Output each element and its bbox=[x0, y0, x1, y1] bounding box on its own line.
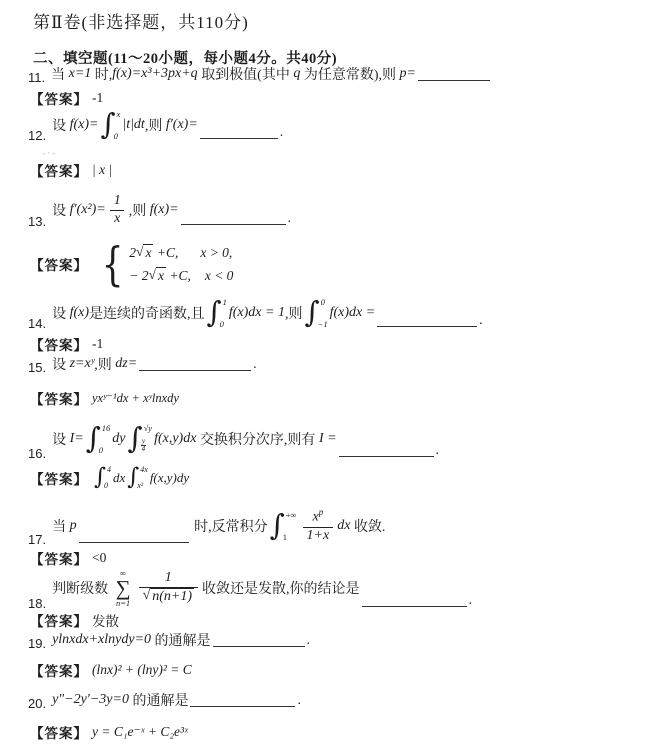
question-number: 16. bbox=[28, 446, 46, 461]
question-text: 当 bbox=[52, 516, 70, 536]
integral-upper: 16 bbox=[102, 424, 111, 433]
integral-upper: x bbox=[117, 110, 121, 119]
answer-value: -1 bbox=[92, 90, 103, 106]
answer-blank bbox=[213, 633, 305, 647]
answer-14: 【答案】 -1 bbox=[30, 334, 103, 354]
answer-label: 【答案】 bbox=[30, 160, 88, 180]
math-expression: ylnxdx+xlnydy=0 bbox=[52, 632, 151, 648]
question-number: 20. bbox=[28, 696, 46, 711]
integral-upper: 0 bbox=[321, 298, 325, 307]
math-expression: f(x)= bbox=[70, 117, 99, 133]
question-text: 设 bbox=[52, 354, 70, 374]
integral-lower: 0 bbox=[220, 320, 224, 329]
piecewise: 2 √x +C, x > 0, − 2 √x +C, x < 0 bbox=[129, 244, 233, 284]
math-expression: x=1 bbox=[69, 66, 92, 82]
question-number: 18. bbox=[28, 596, 46, 611]
radicand: n(n+1) bbox=[150, 588, 194, 606]
integral: ∫ x0 bbox=[100, 110, 120, 140]
integral-lower: 0 bbox=[104, 482, 108, 490]
answer-15: 【答案】 yxʸ⁻¹dx + xʸlnxdy bbox=[30, 388, 179, 408]
question-text: 设 bbox=[52, 115, 70, 135]
summation: ∞ ∑ n=1 bbox=[116, 569, 131, 607]
fraction: 1 x bbox=[110, 193, 125, 228]
answer-18: 【答案】 发散 bbox=[30, 610, 119, 630]
integral-upper: 1 bbox=[223, 298, 227, 307]
exam-header: 第Ⅱ卷(非选择题，共110分) bbox=[33, 8, 249, 33]
answer-blank bbox=[362, 593, 467, 607]
math-expression: z=xʸ bbox=[70, 356, 95, 372]
math-expression: f′(x)= bbox=[166, 117, 198, 133]
question-number: 15. bbox=[28, 360, 46, 375]
question-text: 交换积分次序,则有 bbox=[196, 429, 319, 449]
answer-blank bbox=[181, 211, 286, 225]
answer-value: -1 bbox=[92, 336, 103, 352]
math-expression: y″−2y′−3y=0 bbox=[52, 692, 129, 708]
question-text: ,则 bbox=[285, 303, 303, 323]
integral-upper: 4x bbox=[140, 466, 148, 474]
question-19: 19. ylnxdx+xlnydy=0 的通解是 . bbox=[28, 630, 310, 650]
question-text: 设 bbox=[52, 303, 70, 323]
answer-17: 【答案】 <0 bbox=[30, 548, 106, 568]
answer-11: 【答案】 -1 bbox=[30, 88, 103, 108]
scan-artifact: -·- bbox=[42, 148, 57, 158]
question-text: ,则 bbox=[94, 354, 115, 374]
integral-lower: −1 bbox=[318, 320, 328, 329]
question-text: 是连续的奇函数,且 bbox=[89, 303, 205, 323]
question-number: 17. bbox=[28, 532, 46, 547]
period: . bbox=[307, 633, 311, 649]
math-expression: f′(x²)= bbox=[70, 202, 106, 218]
question-13: 13. 设 f′(x²)= 1 x ,则 f(x)= . bbox=[28, 192, 291, 228]
exam-page: 第Ⅱ卷(非选择题，共110分) 二、填空题(11～20小题，每小题4分。共40分… bbox=[0, 0, 667, 752]
question-number: 13. bbox=[28, 214, 46, 229]
integral-lower: 1 bbox=[283, 533, 287, 542]
sqrt-icon: √ bbox=[149, 267, 156, 283]
answer-13: 【答案】 { 2 √x +C, x > 0, − 2 √x +C, x < 0 bbox=[30, 238, 233, 290]
math-expression: q bbox=[293, 66, 300, 82]
question-text: 设 bbox=[52, 429, 70, 449]
question-number: 19. bbox=[28, 636, 46, 651]
math-expression: f(x,y)dy bbox=[150, 470, 189, 486]
fraction-numerator: 1 bbox=[110, 193, 125, 210]
answer-label: 【答案】 bbox=[30, 660, 88, 680]
question-text: ,则 bbox=[145, 115, 166, 135]
question-16: 16. 设 I= ∫ 160 dy ∫ √yy4 f(x,y)dx 交换积分次序… bbox=[28, 418, 439, 460]
math-expression: I = bbox=[319, 431, 337, 447]
piecewise-row: 2 √x +C, x > 0, bbox=[129, 244, 233, 261]
piecewise-row: − 2 √x +C, x < 0 bbox=[129, 267, 233, 284]
math-expression: f(x)dx = 1 bbox=[229, 305, 285, 321]
mini-frac-den: 4 bbox=[141, 445, 147, 454]
question-18: 18. 判断级数 ∞ ∑ n=1 1 √n(n+1) 收敛还是发散,你的结论是 … bbox=[28, 566, 472, 610]
math-expression: |t|dt bbox=[122, 117, 144, 133]
answer-blank bbox=[200, 125, 278, 139]
question-15: 15. 设 z=xʸ ,则 dz= . bbox=[28, 354, 257, 374]
math-expression: dy bbox=[112, 431, 125, 447]
question-number: 11. bbox=[28, 70, 45, 85]
sum-lower: n=1 bbox=[116, 599, 130, 608]
math-expression: dx bbox=[113, 470, 125, 486]
exponent: p bbox=[319, 507, 324, 517]
math-expression: f(x,y)dx bbox=[154, 431, 196, 447]
math-expression: I= bbox=[70, 431, 84, 447]
question-number: 14. bbox=[28, 316, 46, 331]
period: . bbox=[280, 125, 284, 141]
question-text: 取到极值(其中 bbox=[198, 64, 294, 84]
fraction-denominator: 1+x bbox=[303, 527, 334, 545]
math-expression: f(x)dx = bbox=[330, 305, 376, 321]
answer-value: (lnx)² + (lny)² = C bbox=[92, 662, 192, 678]
sqrt: √x bbox=[149, 267, 166, 284]
integral: ∫ 0−1 bbox=[304, 298, 327, 328]
question-text: 判断级数 bbox=[52, 578, 112, 598]
integral: ∫ 4xx² bbox=[127, 466, 148, 490]
math-expression: − 2 bbox=[129, 268, 148, 284]
answer-blank bbox=[339, 443, 434, 457]
sigma-icon: ∑ bbox=[116, 578, 131, 599]
answer-blank bbox=[190, 693, 295, 707]
question-20: 20. y″−2y′−3y=0 的通解是 . bbox=[28, 690, 301, 710]
question-text: 的通解是 bbox=[151, 630, 211, 650]
answer-value: y = C₁e⁻ˣ + C₂e³ˣ bbox=[92, 724, 188, 740]
period: . bbox=[436, 443, 440, 459]
question-number: 12. bbox=[28, 128, 46, 143]
fraction-denominator: √n(n+1) bbox=[139, 587, 198, 606]
answer-label: 【答案】 bbox=[30, 388, 88, 408]
integral-lower: x² bbox=[137, 482, 143, 490]
integral-upper: +∞ bbox=[286, 511, 297, 520]
math-expression: +C, bbox=[166, 268, 191, 284]
period: . bbox=[253, 357, 257, 373]
period: . bbox=[469, 593, 473, 609]
radicand: x bbox=[156, 267, 166, 284]
fraction: 1 √n(n+1) bbox=[139, 570, 198, 606]
period: . bbox=[479, 313, 483, 329]
radicand: x bbox=[143, 244, 153, 261]
answer-label: 【答案】 bbox=[30, 254, 88, 274]
question-text: 的通解是 bbox=[129, 690, 189, 710]
question-12: 12. 设 f(x)= ∫ x0 |t|dt ,则 f′(x)= . bbox=[28, 108, 283, 142]
question-14: 14. 设 f(x) 是连续的奇函数,且 ∫ 10 f(x)dx = 1 ,则 … bbox=[28, 296, 483, 330]
answer-value: <0 bbox=[92, 550, 106, 566]
answer-value: yxʸ⁻¹dx + xʸlnxdy bbox=[92, 390, 179, 406]
math-expression: f(x) bbox=[70, 305, 89, 321]
math-expression: dz= bbox=[115, 356, 137, 372]
answer-label: 【答案】 bbox=[30, 722, 88, 742]
mini-frac-num: y bbox=[142, 438, 145, 446]
question-text: 设 bbox=[52, 200, 70, 220]
integral: ∫ 10 bbox=[207, 298, 227, 328]
math-expression: dx bbox=[337, 518, 350, 534]
answer-blank bbox=[418, 67, 490, 81]
integral-lower: y4 bbox=[141, 436, 147, 454]
answer-label: 【答案】 bbox=[30, 548, 88, 568]
question-17: 17. 当 p 时,反常积分 ∫ +∞1 xp 1+x dx 收敛. bbox=[28, 506, 385, 546]
math-expression: f(x)=x³+3px+q bbox=[112, 66, 197, 82]
integral: ∫ 160 bbox=[86, 424, 111, 454]
answer-label: 【答案】 bbox=[30, 334, 88, 354]
integral-lower: 0 bbox=[99, 446, 103, 455]
question-text: 时,反常积分 bbox=[191, 516, 268, 536]
fraction: xp 1+x bbox=[303, 507, 334, 544]
integral-upper: √y bbox=[144, 424, 152, 433]
condition: x < 0 bbox=[205, 268, 234, 284]
math-expression: 2 bbox=[129, 245, 136, 261]
question-text: 当 bbox=[51, 64, 69, 84]
answer-16: 【答案】 ∫ 40 dx ∫ 4xx² f(x,y)dy bbox=[30, 462, 189, 494]
fraction-numerator: 1 bbox=[161, 570, 176, 587]
answer-value: | x | bbox=[92, 162, 112, 178]
question-text: 时, bbox=[91, 64, 112, 84]
answer-20: 【答案】 y = C₁e⁻ˣ + C₂e³ˣ bbox=[30, 722, 188, 742]
answer-value: 发散 bbox=[92, 610, 119, 630]
sqrt: √n(n+1) bbox=[143, 588, 194, 606]
question-text: 收敛还是发散,你的结论是 bbox=[202, 578, 360, 598]
math-expression: p= bbox=[400, 66, 416, 82]
left-brace: { bbox=[102, 241, 124, 287]
integral-upper: 4 bbox=[107, 466, 111, 474]
integral-lower: 0 bbox=[114, 132, 118, 141]
period: . bbox=[288, 211, 292, 227]
integral: ∫ 40 bbox=[94, 466, 111, 490]
math-expression: f(x)= bbox=[150, 202, 179, 218]
sqrt: √x bbox=[136, 244, 153, 261]
fraction-numerator: xp bbox=[309, 507, 328, 526]
condition: x > 0, bbox=[200, 245, 232, 261]
math-expression: p bbox=[70, 518, 77, 534]
sqrt-icon: √ bbox=[136, 244, 143, 260]
sqrt-icon: √ bbox=[143, 588, 151, 605]
answer-blank bbox=[377, 313, 477, 327]
answer-label: 【答案】 bbox=[30, 610, 88, 630]
answer-19: 【答案】 (lnx)² + (lny)² = C bbox=[30, 660, 192, 680]
answer-label: 【答案】 bbox=[30, 88, 88, 108]
exam-title: 第Ⅱ卷(非选择题，共110分) bbox=[33, 8, 249, 33]
integral: ∫ √yy4 bbox=[128, 424, 153, 454]
question-text: 收敛. bbox=[350, 516, 385, 536]
question-text: ,则 bbox=[129, 200, 150, 220]
question-text: 为任意常数),则 bbox=[300, 64, 399, 84]
fraction-denominator: x bbox=[110, 210, 124, 228]
answer-12: 【答案】 | x | bbox=[30, 160, 112, 180]
answer-label: 【答案】 bbox=[30, 468, 88, 488]
integral: ∫ +∞1 bbox=[270, 511, 297, 541]
answer-blank bbox=[139, 357, 251, 371]
question-11: 11. 当 x=1 时, f(x)=x³+3px+q 取到极值(其中 q 为任意… bbox=[28, 64, 492, 84]
period: . bbox=[297, 693, 301, 709]
math-expression: +C, bbox=[153, 245, 178, 261]
answer-blank bbox=[79, 529, 189, 543]
